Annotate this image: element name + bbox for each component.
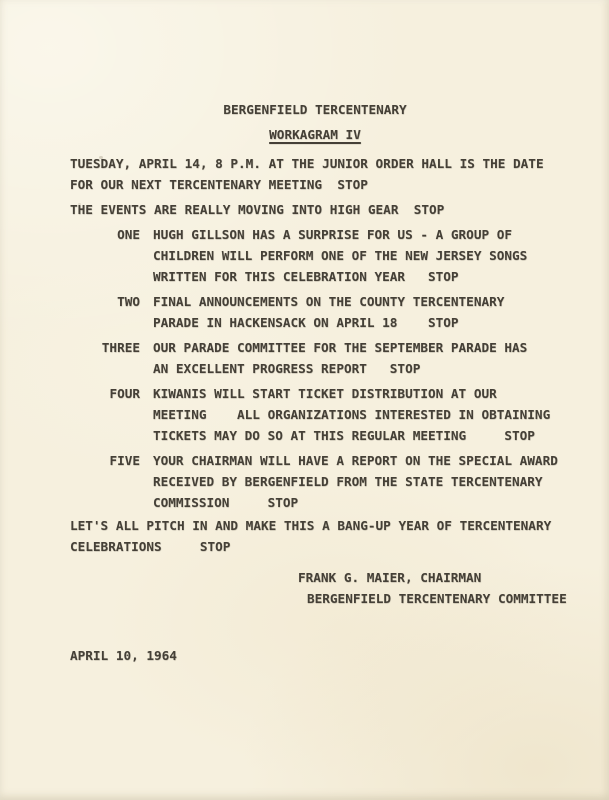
document-date: APRIL 10, 1964 <box>70 645 177 666</box>
list-item-five: FIVE YOUR CHAIRMAN WILL HAVE A REPORT ON… <box>70 450 558 513</box>
document-page: BERGENFIELD TERCENTENARY WORKAGRAM IV TU… <box>0 0 609 800</box>
item-text: HUGH GILLSON HAS A SURPRISE FOR US - A G… <box>153 224 527 287</box>
item-text: KIWANIS WILL START TICKET DISTRIBUTION A… <box>153 383 550 446</box>
item-number: FIVE <box>70 450 140 471</box>
item-text: FINAL ANNOUNCEMENTS ON THE COUNTY TERCEN… <box>153 291 504 333</box>
closing-paragraph: LET'S ALL PITCH IN AND MAKE THIS A BANG-… <box>70 515 551 557</box>
item-number: ONE <box>70 224 140 245</box>
paper-speck <box>99 156 103 159</box>
list-item-four: FOUR KIWANIS WILL START TICKET DISTRIBUT… <box>70 383 550 446</box>
paper-speck <box>489 306 492 308</box>
item-text: YOUR CHAIRMAN WILL HAVE A REPORT ON THE … <box>153 450 558 513</box>
item-text: OUR PARADE COMMITTEE FOR THE SEPTEMBER P… <box>153 337 527 379</box>
document-title: BERGENFIELD TERCENTENARY <box>223 99 406 120</box>
document-subtitle: WORKAGRAM IV <box>269 124 361 145</box>
item-number: THREE <box>70 337 140 358</box>
list-item-two: TWO FINAL ANNOUNCEMENTS ON THE COUNTY TE… <box>70 291 504 333</box>
signature-name: FRANK G. MAIER, CHAIRMAN <box>298 567 481 588</box>
item-number: FOUR <box>70 383 140 404</box>
list-item-three: THREE OUR PARADE COMMITTEE FOR THE SEPTE… <box>70 337 527 379</box>
signature-organization: BERGENFIELD TERCENTENARY COMMITTEE <box>307 588 567 609</box>
list-item-one: ONE HUGH GILLSON HAS A SURPRISE FOR US -… <box>70 224 527 287</box>
paper-speck <box>78 203 81 205</box>
events-paragraph: THE EVENTS ARE REALLY MOVING INTO HIGH G… <box>70 199 444 220</box>
item-number: TWO <box>70 291 140 312</box>
intro-paragraph: TUESDAY, APRIL 14, 8 P.M. AT THE JUNIOR … <box>70 153 544 195</box>
